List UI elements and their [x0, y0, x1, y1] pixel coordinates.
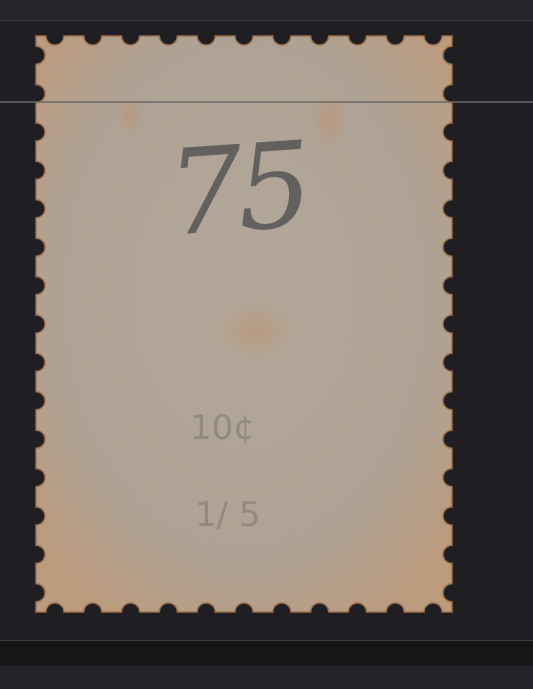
faint-notation-2: 1/ 5	[195, 495, 261, 535]
faint-notation-1: 10¢	[190, 408, 255, 448]
mount-strip-edge	[0, 101, 533, 103]
stamp-back	[0, 0, 533, 689]
pencil-notation: 75	[164, 125, 310, 252]
